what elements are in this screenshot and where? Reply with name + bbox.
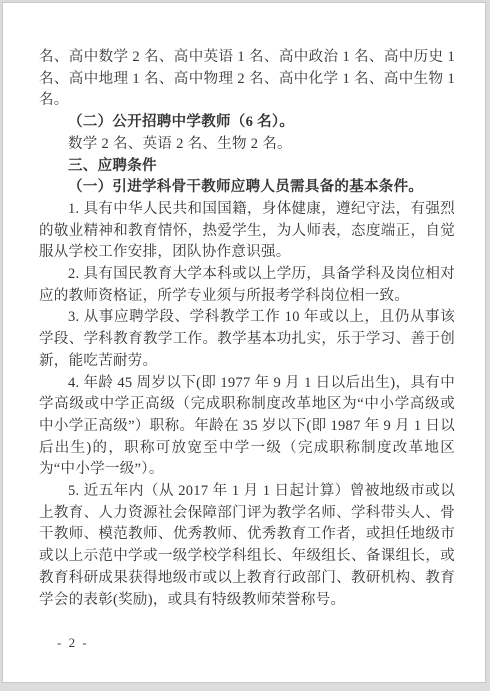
document-viewer: 名、高中数学 2 名、高中英语 1 名、高中政治 1 名、高中历史 1 名、高中… bbox=[0, 0, 490, 691]
para-condition-1: 1. 具有中华人民共和国国籍，身体健康，遵纪守法，有强烈的敬业精神和教育情怀，热… bbox=[39, 199, 455, 264]
para-condition-5: 5. 近五年内（从 2017 年 1 月 1 日起计算）曾被地级市或以上教育、人… bbox=[39, 481, 455, 611]
document-body: 名、高中数学 2 名、高中英语 1 名、高中政治 1 名、高中历史 1 名、高中… bbox=[39, 47, 455, 611]
para-condition-4: 4. 年龄 45 周岁以下(即 1977 年 9 月 1 日以后出生)，具有中学… bbox=[39, 373, 455, 482]
para-condition-3: 3. 从事应聘学段、学科教学工作 10 年或以上，且仍从事该学段、学科教育教学工… bbox=[39, 307, 455, 372]
heading-basic-conditions: （一）引进学科骨干教师应聘人员需具备的基本条件。 bbox=[39, 177, 455, 199]
para-quota-detail: 名、高中数学 2 名、高中英语 1 名、高中政治 1 名、高中历史 1 名、高中… bbox=[39, 47, 455, 112]
para-open-recruitment-quota: 数学 2 名、英语 2 名、生物 2 名。 bbox=[39, 134, 455, 156]
heading-application-conditions: 三、应聘条件 bbox=[39, 156, 455, 178]
heading-open-recruitment: （二）公开招聘中学教师（6 名）。 bbox=[39, 112, 455, 134]
page-number: - 2 - bbox=[57, 635, 89, 651]
document-page: 名、高中数学 2 名、高中英语 1 名、高中政治 1 名、高中历史 1 名、高中… bbox=[2, 2, 486, 683]
para-condition-2: 2. 具有国民教育大学本科或以上学历，具备学科及岗位相对应的教师资格证，所学专业… bbox=[39, 264, 455, 307]
